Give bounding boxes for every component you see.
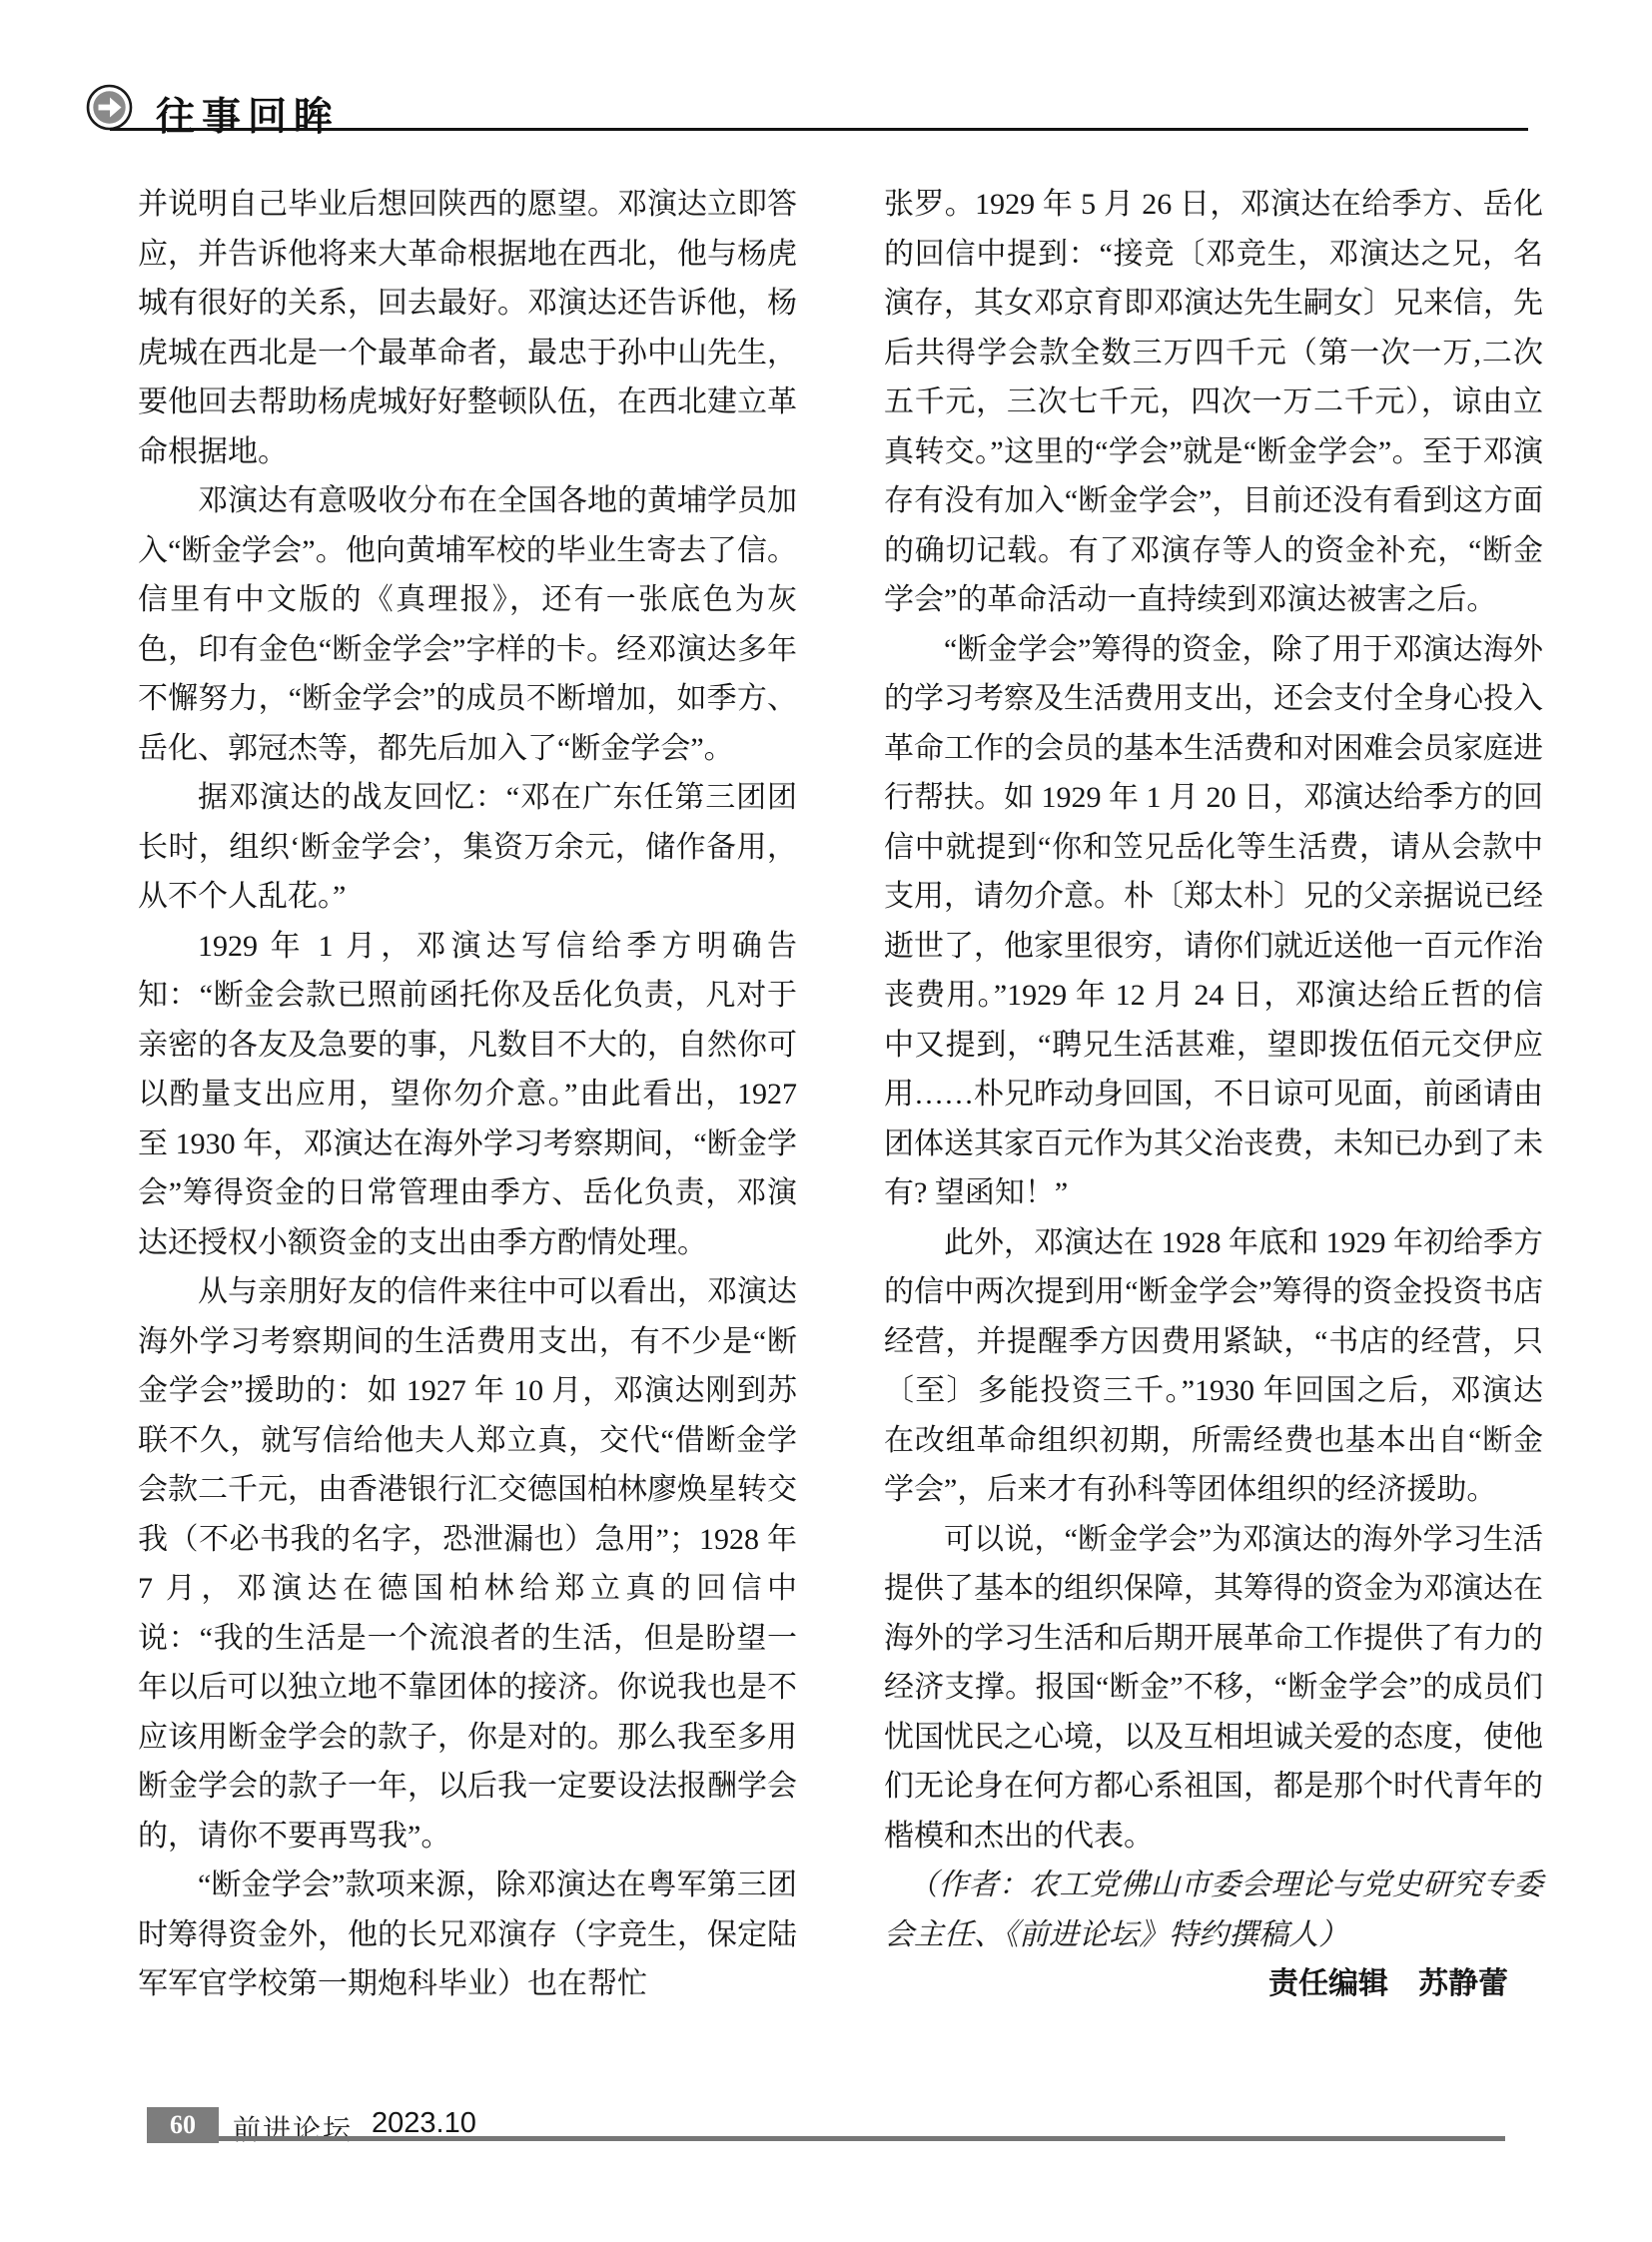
editor-line: 责任编辑苏静蕾 — [884, 1959, 1543, 2009]
paragraph: 此外，邓演达在 1928 年底和 1929 年初给季方的信中两次提到用“断金学会… — [884, 1218, 1543, 1515]
paragraph: 邓演达有意吸收分布在全国各地的黄埔学员加入“断金学会”。他向黄埔军校的毕业生寄去… — [138, 476, 797, 773]
arrow-right-circle-icon — [86, 84, 133, 131]
paragraph: “断金学会”款项来源，除邓演达在粤军第三团时筹得资金外，他的长兄邓演存（字竞生，… — [138, 1861, 797, 2009]
left-column: 并说明自己毕业后想回陕西的愿望。邓演达立即答应，并告诉他将来大革命根据地在西北，… — [138, 180, 797, 2009]
editor-label: 责任编辑 — [1268, 1967, 1388, 2000]
right-column: 张罗。1929 年 5 月 26 日，邓演达在给季方、岳化的回信中提到：“接竞〔… — [884, 180, 1543, 2009]
paragraph: 可以说，“断金学会”为邓演达的海外学习生活提供了基本的组织保障，其筹得的资金为邓… — [884, 1515, 1543, 1862]
paragraph: 从与亲朋好友的信件来往中可以看出，邓演达海外学习考察期间的生活费用支出，有不少是… — [138, 1267, 797, 1861]
page-number-badge: 60 — [147, 2107, 219, 2143]
paragraph: 并说明自己毕业后想回陕西的愿望。邓演达立即答应，并告诉他将来大革命根据地在西北，… — [138, 180, 797, 476]
paragraph: “断金学会”筹得的资金，除了用于邓演达海外的学习考察及生活费用支出，还会支付全身… — [884, 625, 1543, 1218]
editor-name: 苏静蕾 — [1418, 1967, 1508, 2000]
paragraph: 据邓演达的战友回忆：“邓在广东任第三团团长时，组织‘断金学会’，集资万余元，储作… — [138, 773, 797, 922]
header-rule — [110, 128, 1528, 131]
footer-rule — [219, 2136, 1505, 2141]
author-note: （作者：农工党佛山市委会理论与党史研究专委会主任、《前进论坛》特约撰稿人） — [884, 1861, 1543, 1959]
paragraph: 张罗。1929 年 5 月 26 日，邓演达在给季方、岳化的回信中提到：“接竞〔… — [884, 180, 1543, 625]
section-title: 往事回眸 — [156, 86, 340, 142]
paragraph: 1929 年 1 月，邓演达写信给季方明确告知：“断金会款已照前函托你及岳化负责… — [138, 922, 797, 1268]
footer-journal-name: 前进论坛 — [233, 2108, 353, 2148]
